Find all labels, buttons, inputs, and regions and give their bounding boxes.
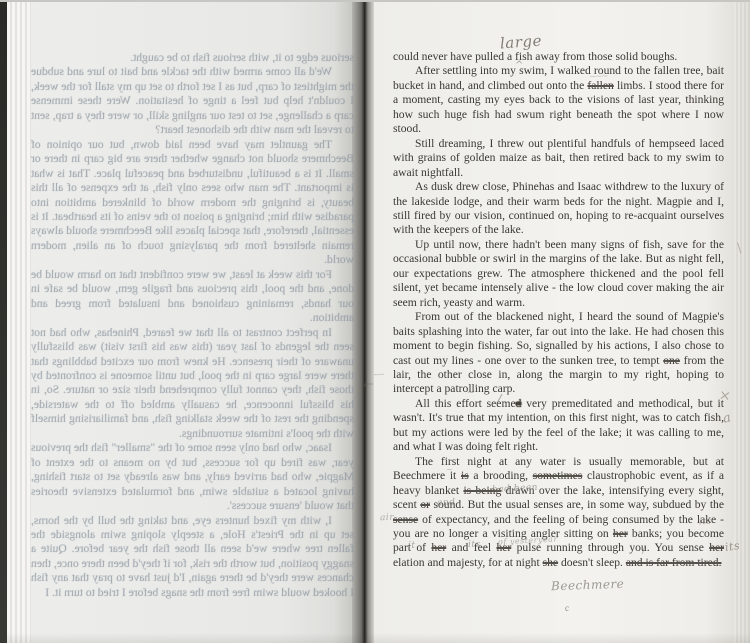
- scan-top-edge: [0, 0, 750, 2]
- bleed-paragraph: serious edge to it, with serious fish to…: [31, 51, 354, 65]
- struck-text: her: [613, 527, 628, 540]
- bleed-paragraph: For this week at least, we were confiden…: [31, 268, 354, 326]
- text-run: Still dreaming, I threw out plentiful ha…: [393, 137, 724, 179]
- paragraph: All this effort seemed very premeditated…: [393, 397, 724, 455]
- struck-text: one: [663, 354, 680, 367]
- text-run: elation and majesty, for at night: [393, 556, 543, 569]
- struck-text: her: [431, 541, 446, 554]
- text-run: sound. But the usual senses are, in some…: [430, 498, 724, 511]
- text-run: Up until now, there hadn't been many sig…: [393, 238, 724, 309]
- printers-mark: c: [565, 603, 569, 613]
- faint-scribble: ~: [446, 465, 451, 474]
- faint-scribble: ~: [467, 388, 473, 398]
- scan-bottom-shadow: [0, 633, 750, 643]
- struck-text: she: [543, 556, 558, 569]
- bleed-paragraph: Isaac, who had only seen some of the "sm…: [31, 441, 354, 513]
- bleed-paragraph: The gauntlet may have been laid down, bu…: [31, 138, 354, 268]
- pencil-word-it: it: [408, 541, 416, 551]
- bleed-paragraph: I, with my fixed hunters eye, and taking…: [31, 514, 354, 601]
- insertion-caret: ^: [515, 60, 523, 71]
- struck-text: her: [709, 541, 724, 554]
- faint-scribble: ~~: [373, 370, 384, 380]
- margin-stroke: \: [737, 241, 741, 256]
- struck-text: sense: [393, 513, 418, 526]
- pencil-word-its: its: [699, 517, 712, 528]
- struck-text: is: [461, 469, 469, 482]
- pencil-word-and: and: [437, 498, 456, 509]
- paragraph: Up until now, there hadn't been many sig…: [393, 238, 724, 310]
- margin-cross: ×: [718, 387, 732, 404]
- bleed-paragraph: In perfect contrast to all that we feare…: [31, 326, 354, 442]
- bleed-through-text: serious edge to it, with serious fish to…: [31, 51, 354, 600]
- struck-text: and is far from tired.: [626, 556, 722, 569]
- pencil-word-air: air: [380, 513, 394, 523]
- capitalisation-mark: /: [642, 545, 645, 556]
- paragraph: could never have pulled a fish away from…: [393, 50, 724, 64]
- paragraph: After settling into my swim, I walked ro…: [393, 64, 724, 136]
- paragraph: As dusk drew close, Phinehas and Isaac w…: [393, 180, 724, 238]
- printed-text: could never have pulled a fish away from…: [393, 50, 724, 570]
- pencil-word-its: its: [468, 540, 481, 550]
- faint-scribble: ~~~: [589, 72, 607, 83]
- paragraph: From out of the blackened night, I heard…: [393, 310, 724, 397]
- struck-text: sometimes: [533, 469, 583, 482]
- book-scan: serious edge to it, with serious fish to…: [0, 0, 750, 643]
- paragraph: The first night at any water is usually …: [393, 455, 724, 571]
- margin-word-its: its: [724, 539, 741, 554]
- pencil-word-beechmere: Beechmere: [551, 577, 625, 594]
- pencil-word-large: large: [499, 32, 542, 53]
- paragraph: Still dreaming, I threw out plentiful ha…: [393, 137, 724, 180]
- text-run: As dusk drew close, Phinehas and Isaac w…: [393, 180, 724, 236]
- bleed-paragraph: We'd all come armed with the tackle and …: [31, 65, 354, 137]
- book-gutter-shadow: [352, 0, 374, 643]
- struck-text: or: [420, 498, 430, 511]
- left-page-fore-edge: [7, 0, 31, 643]
- margin-bracket: ⌐: [363, 378, 374, 393]
- scan-left-edge: [0, 0, 7, 643]
- text-run: could never have pulled a fish away from…: [393, 50, 677, 63]
- text-run: a brooding,: [469, 469, 533, 482]
- text-run: doesn't sleep.: [558, 556, 626, 569]
